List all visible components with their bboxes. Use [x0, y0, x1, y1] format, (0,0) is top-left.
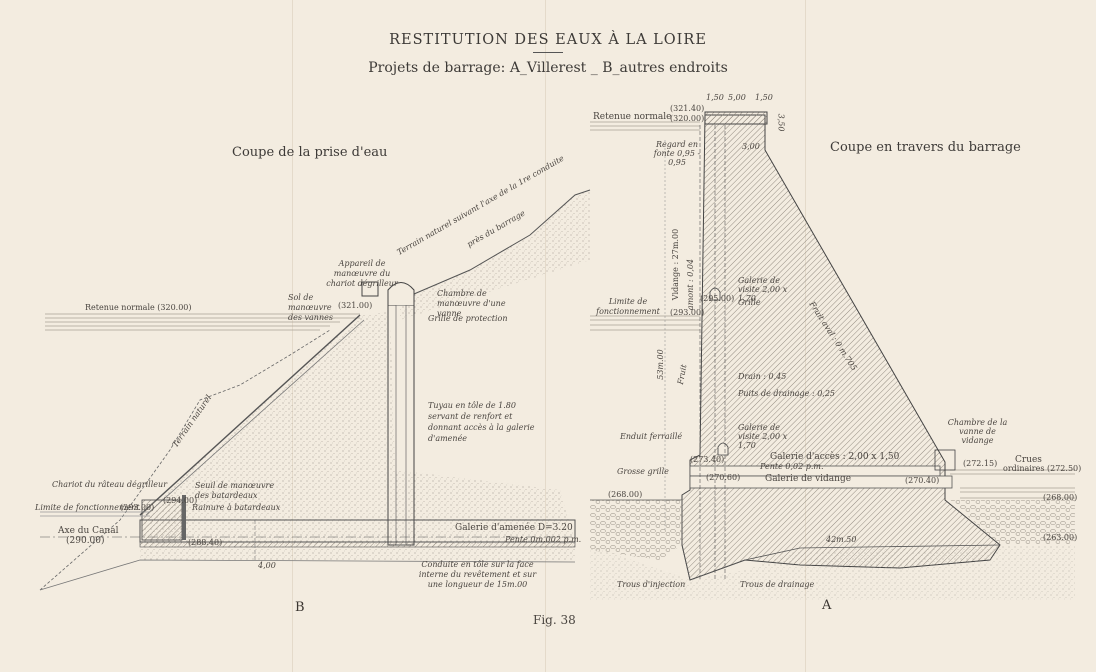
- label-galerie-visite-bottom: Galerie de visite 2,00 x 1,70: [738, 423, 798, 450]
- label-regard: Regard en fonte 0,95 - 0,95: [647, 140, 707, 167]
- elev-268-left: (268.00): [608, 490, 642, 499]
- elev-268-right: (268.00): [1043, 493, 1077, 502]
- label-puits: Puits de drainage : 0,25: [738, 389, 835, 398]
- label-enduit: Enduit ferraillé: [620, 432, 682, 441]
- label-grosse-grille: Grosse grille: [617, 467, 669, 476]
- label-pente-a: Pente 0,02 p.m.: [760, 462, 824, 471]
- label-amont: amont : 0,04: [686, 259, 695, 310]
- elev-263: (263.00): [1043, 533, 1077, 542]
- dim-top-2: 5,00: [728, 93, 746, 102]
- elev-290-b: (290.00): [66, 536, 105, 546]
- section-b-letter: B: [295, 600, 305, 615]
- label-trous-injection: Trous d'injection: [617, 580, 685, 589]
- label-vidange: Vidange : 27m.00: [671, 229, 680, 300]
- elev-321-b: (321.00): [338, 301, 372, 310]
- label-axe-canal: Axe du Canal: [58, 526, 118, 536]
- label-grille: Grille de protection: [428, 314, 508, 323]
- elev-273: (273.40): [690, 455, 724, 464]
- label-chariot: Chariot du râteau dégrilleur: [52, 480, 167, 489]
- elev-270-60: (270.60): [706, 473, 740, 482]
- dim-right: 3,50: [776, 114, 785, 132]
- dim-4: 4,00: [258, 561, 276, 570]
- label-retenue-normale-a: Retenue normale: [593, 112, 671, 122]
- elev-270-40: (270.40): [905, 476, 939, 485]
- label-trous-drainage: Trous de drainage: [740, 580, 814, 589]
- label-height-53: 53m.00: [656, 349, 665, 380]
- figure-caption: Fig. 38: [533, 613, 576, 627]
- label-limite-a: Limite de fonctionnement: [593, 297, 663, 317]
- label-pente-b: Pente 0m.002 p.m.: [505, 535, 581, 544]
- label-conduite: Conduite en tôle sur la face interne du …: [415, 560, 540, 590]
- dim-top-3: 1,50: [755, 93, 773, 102]
- dim-inner-3: 3,00: [742, 142, 760, 151]
- label-galerie-amenee: Galerie d'amenée D=3.20: [455, 523, 573, 533]
- label-seuil: Seuil de manœuvre des batardeaux: [195, 481, 275, 501]
- elev-288-b: (288.40): [188, 538, 222, 547]
- elev-320-a: (320.00): [670, 114, 704, 123]
- label-galerie-vidange: Galerie de vidange: [765, 474, 851, 484]
- label-tuyau: Tuyau en tôle de 1.80 servant de renfort…: [428, 400, 548, 444]
- label-galerie-acces: Galerie d'accès : 2,00 x 1,50: [770, 452, 899, 462]
- section-a-letter: A: [822, 598, 831, 613]
- label-crues-ordinaires: ordinaires (272.50): [1003, 464, 1081, 473]
- section-a-heading: Coupe en travers du barrage: [830, 140, 1021, 155]
- label-drain: Drain : 0,45: [738, 372, 786, 381]
- label-retenue-normale-b: Retenue normale (320.00): [85, 303, 192, 312]
- label-appareil: Appareil de manœuvre du chariot dégrille…: [322, 259, 402, 289]
- label-base-width: 42m.50: [826, 535, 857, 544]
- dim-top-1: 1,50: [706, 93, 724, 102]
- drawing-canvas: [0, 0, 1096, 672]
- elev-321-a: (321.40): [670, 104, 704, 113]
- label-rainure: Rainure à batardeaux: [192, 503, 280, 512]
- elev-295: (295.00): [700, 294, 734, 303]
- section-b-heading: Coupe de la prise d'eau: [232, 145, 387, 160]
- elev-293-b: (293.00): [120, 503, 154, 512]
- elev-272-15: (272.15): [963, 459, 997, 468]
- elev-293-a: (293.00): [670, 308, 704, 317]
- label-grille-a: Grille: [738, 298, 761, 307]
- label-chambre-vanne-vidange: Chambre de la vanne de vidange: [945, 418, 1010, 445]
